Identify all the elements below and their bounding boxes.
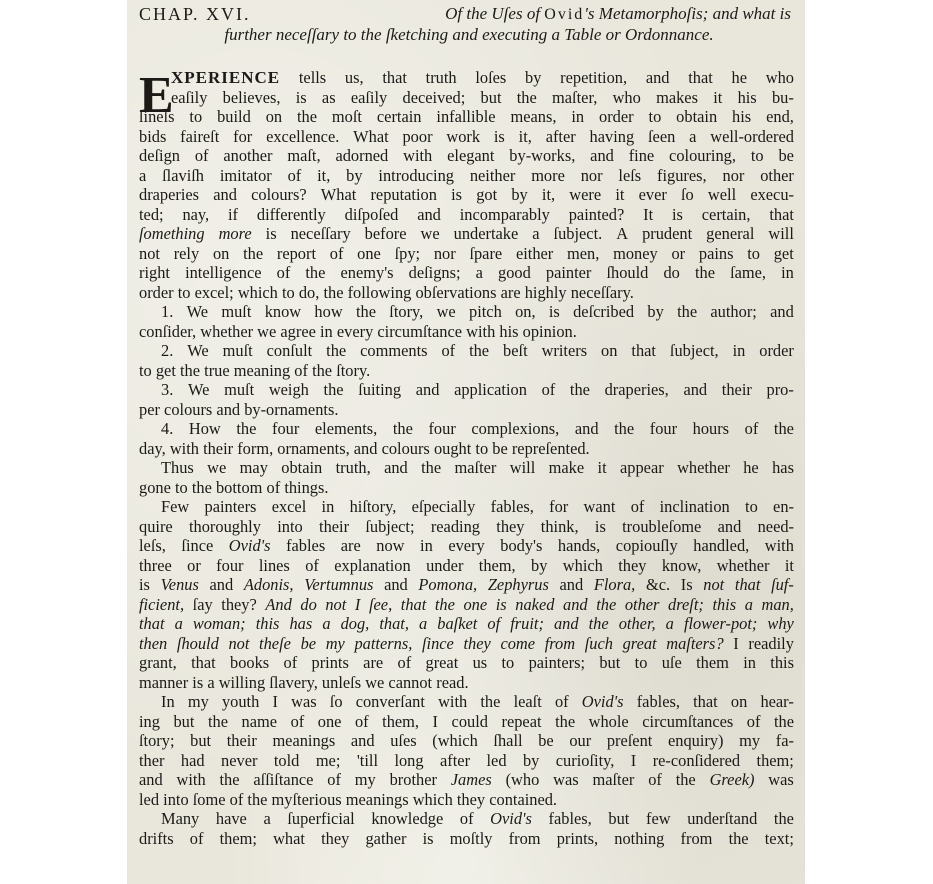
word: repetition, [560,68,627,88]
word: that [401,595,427,615]
text-line: notrelyonthereportofoneſpy;norſpareeithe… [139,244,794,264]
word: having [590,127,635,147]
word: pitch [469,302,502,322]
word: or [187,556,201,576]
word: the [469,341,489,361]
word: for [549,497,568,517]
text-line: XPERIENCEtellsus,thattruthloſesbyrepetit… [139,68,794,88]
word: that [693,692,718,712]
word: and [416,380,440,400]
word: and [210,575,234,595]
word: reading [431,517,480,537]
word: one [463,595,487,615]
word: What [353,127,389,147]
word: loſes [475,68,506,88]
word: of [330,244,344,264]
word: the [729,829,749,849]
word: whole [589,712,629,732]
word: how [314,302,342,322]
word: good [498,263,531,283]
word: they [321,829,349,849]
word: I [733,634,738,654]
word: nor [581,166,603,186]
word: that [688,68,713,88]
word: but [481,88,502,108]
word: brother [390,770,437,790]
word: grant, [139,653,177,673]
word: and [683,380,707,400]
word: fruit; [510,614,544,634]
word: leaſt [514,692,542,712]
word: other [625,595,660,615]
text-line: led into ſome of the myſterious meanings… [139,790,794,810]
word: ted; [139,205,164,225]
word: youth [222,692,259,712]
word: eſpecially [412,497,476,517]
word: in [743,653,756,673]
word: aſſiſtance [253,770,313,790]
word: infallible [436,107,495,127]
word: truth, [336,458,371,478]
word: never [221,751,257,771]
word: is [494,127,505,147]
word: Adonis, [244,575,294,595]
word: we [365,673,384,693]
word: neceſſary [291,224,351,244]
word: maſter, [552,88,597,108]
word: their [722,380,752,400]
word: inclination [660,497,730,517]
text-line: 2.Wemuſtconſultthecommentsofthebeſtwrite… [139,341,794,361]
word: ſuf- [771,575,794,595]
word: but [173,712,194,732]
word: the [192,478,212,498]
word: be [538,731,553,751]
text-line: gone to the bottom of things. [139,478,794,498]
word: ſo [681,185,694,205]
word: of [288,166,302,186]
word: it [598,458,607,478]
word: things. [284,478,328,498]
word: the [774,809,794,829]
word: willing [219,673,265,693]
word: of [291,712,305,732]
word: one [357,244,381,264]
text-line: deſignofanothermaſt,adornedwithelegantby… [139,146,794,166]
word: maſter [455,458,497,478]
word: of [631,497,645,517]
word: ſince [422,634,454,654]
word: order [759,341,794,361]
word: following [348,283,412,303]
word: come [500,634,535,654]
word: prudent [642,224,692,244]
word: ſlaviſh [162,166,204,186]
word: author; [710,302,756,322]
word: in [571,107,584,127]
word: We [188,380,209,400]
word: hours [693,419,729,439]
word: gone [139,478,171,498]
drop-cap: E [139,74,174,118]
word: was [553,770,579,790]
word: cannot [388,673,432,693]
word: with [177,770,206,790]
word: XPERIENCE [171,68,280,88]
word: colours? [251,185,307,205]
word: obtain [281,458,322,478]
word: the [480,692,500,712]
word: hands, [558,536,600,556]
word: or [671,244,685,264]
text-line: ted;nay,ifdifferentlydiſpoſedandincompar… [139,205,794,225]
word: them, [382,712,419,732]
word: 1. [161,302,173,322]
word: every [448,536,484,556]
word: the [324,380,344,400]
word: and [646,68,670,88]
word: is [192,673,203,693]
word: Greek) [710,770,755,790]
word: diſpoſed [345,205,399,225]
word: elegant [447,146,494,166]
word: to [189,107,202,127]
word: woman; [193,614,246,634]
word: of [747,712,761,732]
word: baſket [437,614,477,634]
word: think, [541,517,579,537]
text-line: ſtory;buttheirmeaningsanduſes(whichſhall… [139,731,794,751]
word: my [355,770,376,790]
word: money [613,244,658,264]
word: hiſtory, [350,497,397,517]
word: and [590,146,614,166]
word: to [475,439,488,459]
word: believes, [223,88,281,108]
word: another [223,146,272,166]
text-line: therhadnevertoldme;'tilllongafterledbycu… [139,751,794,771]
word: of [294,361,308,381]
word: bu- [772,88,794,108]
text-line: eaſilybelieves,isaseaſilydeceived;butthe… [139,88,794,108]
word: that [735,575,761,595]
word: that, [379,614,409,634]
word: ſo [330,692,343,712]
word: ſeen [648,127,675,147]
word: and [216,400,240,420]
word: from [681,829,713,849]
word: of [441,341,455,361]
word: painter [546,263,592,283]
word: opinion. [523,322,577,342]
word: dreſt; [668,595,704,615]
word: a [745,595,753,615]
word: is [672,205,683,225]
word: but [599,653,620,673]
word: elements, [315,419,377,439]
word: build [217,107,251,127]
word: is [296,88,307,108]
word: know [265,302,301,322]
word: get [156,361,176,381]
word: drifts [139,829,174,849]
word: ſubject, [670,341,719,361]
word: the [695,263,715,283]
word: fables, [549,809,592,829]
word: incomparably [460,205,550,225]
word: me; [316,751,341,771]
word: to [282,283,295,303]
word: his [499,322,518,342]
word: Few [161,497,189,517]
word: the [614,419,634,439]
word: my [739,731,760,751]
word: we [257,322,276,342]
word: 3. [161,380,173,400]
word: conſider, [139,322,196,342]
word: per [139,400,160,420]
word: myſterious [272,790,342,810]
word: why [767,614,793,634]
word: muſt [223,341,253,361]
word: do [300,595,316,615]
chapter-title-part: Of the Uſes of Ovid's Metamorphoſis; and… [445,4,791,25]
word: are [363,653,383,673]
word: them; [220,829,257,849]
word: other [760,166,794,186]
word: application [454,380,527,400]
word: are [501,283,521,303]
word: either [516,244,553,264]
word: neceſſary. [571,283,634,303]
word: from [545,634,575,654]
word: to [178,283,191,303]
word: ſpy; [395,244,421,264]
word: ſtory; [139,731,175,751]
body-text: E XPERIENCEtellsus,thattruthloſesbyrepet… [139,68,794,848]
word: beſt [503,341,528,361]
text-line: ſomethingmoreisneceſſarybeforeweundertak… [139,224,794,244]
word: into [277,517,303,537]
word: this [770,653,794,673]
word: I [433,712,438,732]
word: maſters? [666,634,723,654]
word: Ovid's [229,536,271,556]
word: naked [515,595,554,615]
word: we [207,458,226,478]
word: then [139,634,167,654]
title-name-ovid: Ovid [544,6,584,23]
word: (which [432,731,478,751]
word: contained. [489,790,557,810]
word: by-works, [509,146,575,166]
word: neither [470,166,516,186]
word: long [394,751,423,771]
word: faireſt [180,127,219,147]
word: nor [723,166,745,186]
word: by [523,751,539,771]
word: I [272,692,277,712]
word: his [738,88,757,108]
word: is [423,829,434,849]
word: of [190,829,204,849]
word: Ovid's [582,692,624,712]
word: draperies [139,185,199,205]
word: to [175,478,188,498]
word: adorned [335,146,388,166]
word: which [413,790,453,810]
title-text-a: Of the Uſes of [445,4,540,23]
word: Thus [161,458,194,478]
word: the [774,419,794,439]
word: and [554,614,579,634]
word: of [398,653,412,673]
word: it [713,88,722,108]
word: general [706,224,754,244]
word: meanings [346,790,409,810]
text-line: isVenusandAdonis,VertumnusandPomona,Zeph… [139,575,794,595]
word: obtain [676,107,717,127]
word: day, [139,439,166,459]
word: complexions, [471,419,559,439]
word: highly [525,283,567,303]
word: repreſented. [512,439,590,459]
word: do [663,263,679,283]
word: leſs, [139,536,166,556]
word: be [301,634,316,654]
word: (who [506,770,540,790]
word: with [403,146,432,166]
word: and [770,302,794,322]
word: to [747,244,760,264]
word: a [532,224,539,244]
word: could [452,712,488,732]
word: colouring, [669,146,736,166]
text-line: bidsfaireſtforexcellence.Whatpoorworkisi… [139,127,794,147]
word: after [546,127,576,147]
word: as [322,88,336,108]
word: it [615,185,624,205]
word: pains [699,244,734,264]
text-line: 1.Wemuſtknowhowtheſtory,wepitchon,isdeſc… [139,302,794,322]
word: bottom [216,478,262,498]
word: handled, [693,536,749,556]
word: whether [677,458,730,478]
word: ſlavery, [269,673,318,693]
word: the [180,361,200,381]
word: the [570,380,590,400]
word: introducing [378,166,454,186]
word: that [769,205,794,225]
word: fables [286,536,325,556]
word: not [228,634,249,654]
word: got [476,185,497,205]
word: in [733,341,746,361]
word: four [272,419,299,439]
word: Is [681,575,693,595]
word: work [446,127,480,147]
word: the [220,770,240,790]
word: told [274,751,300,771]
word: 'till [357,751,378,771]
word: I [355,595,360,615]
word: Pomona, [418,575,477,595]
word: excel; [195,283,234,303]
word: it, [542,185,555,205]
text-line: leſs,ſinceOvid'sfablesarenowineverybody'… [139,536,794,556]
word: truth [426,68,457,88]
word: muſt [224,380,254,400]
word: is [139,575,150,595]
word: preſent [607,731,653,751]
word: if [228,205,238,225]
word: will [768,224,794,244]
word: ſubject; [365,517,414,537]
word: to [139,361,152,381]
text-line: manner is a willing ſlavery, unleſs we c… [139,673,794,693]
word: readily [748,634,794,654]
word: they [618,556,646,576]
word: ſhould [177,634,219,654]
text-line: threeorfourlinesofexplanationunderthem,b… [139,556,794,576]
word: lines [259,556,290,576]
word: &c. [646,575,670,595]
word: We [187,302,208,322]
word: the [297,107,317,127]
word: excellence. [266,127,339,147]
word: that [382,68,407,88]
word: ought [434,439,471,459]
word: the [421,458,441,478]
word: prints [312,653,349,673]
word: unleſs [322,673,361,693]
word: for [233,127,252,147]
word: that [191,653,216,673]
word: by [531,556,547,576]
word: great [426,653,459,673]
word: under [426,556,463,576]
word: theſe [259,634,291,654]
word: be [492,439,507,459]
word: undertake [454,224,519,244]
word: And [265,595,291,615]
word: the [208,712,228,732]
word: moſtly [450,829,493,849]
word: whether [200,322,253,342]
word: excel [272,497,307,517]
word: a [207,673,214,693]
word: it [785,556,794,576]
text-line: driftsofthem;whattheygatherismoſtlyfromp… [139,829,794,849]
word: is [549,302,560,322]
word: circumſtance [377,322,462,342]
word: ſubject. [554,224,603,244]
word: the [326,341,346,361]
word: the [243,244,263,264]
word: and [575,419,599,439]
word: other, [619,614,656,634]
word: writers [542,341,588,361]
word: moſt [332,107,362,127]
word: to [635,653,648,673]
word: poor [402,127,432,147]
word: maſt, [287,146,320,166]
word: on [601,341,617,361]
word: need- [758,517,794,537]
word: four [650,419,677,439]
word: and [139,770,163,790]
word: execu- [750,185,794,205]
